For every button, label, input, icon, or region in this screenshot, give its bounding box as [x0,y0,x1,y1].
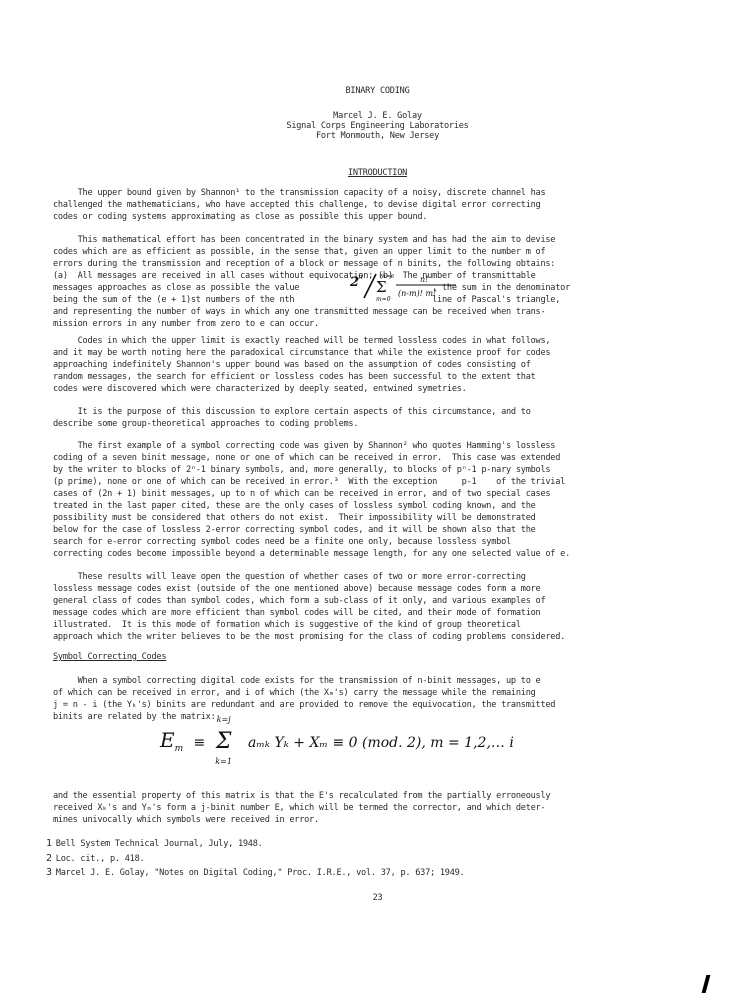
paragraph-line: random messages, the search for efficien… [53,371,693,383]
svg-text:(n-m)! m!: (n-m)! m! [398,289,436,298]
equation-body: aₘₖ Yₖ + Xₘ ≡ 0 (mod. 2), m = 1,2,… i [248,735,514,751]
footnote-text: Marcel J. E. Golay, "Notes on Digital Co… [56,868,465,878]
paragraph-line: When a symbol correcting digital code ex… [53,675,693,687]
footnote-3: 3Marcel J. E. Golay, "Notes on Digital C… [46,867,464,879]
paragraph-line: and the essential property of this matri… [53,790,693,802]
paragraph-line: mission errors in any number from zero t… [53,318,693,330]
paragraph-line: (p prime), none or one of which can be r… [53,476,693,488]
summation: k=j Σ k=1 [212,729,236,754]
paragraph-line: codes which are as efficient as possible… [53,246,693,258]
paragraph-line: general class of codes than symbol codes… [53,595,693,607]
paragraph-line: message codes which are more efficient t… [53,607,693,619]
footnote-number: 3 [46,867,52,878]
paragraph-line: j = n - i (the Yₖ's) binits are redundan… [53,699,693,711]
paragraph-line: binits are related by the matrix: [53,711,693,723]
paragraph-4: It is the purpose of this discussion to … [53,406,693,430]
footnote-text: Bell System Technical Journal, July, 194… [56,839,263,849]
section-heading-introduction: INTRODUCTION [0,168,755,178]
paragraph-line: of which can be received in error, and i… [53,687,693,699]
paragraph-line: describe some group-theoretical approach… [53,418,693,430]
paragraph-line: cases of (2n + 1) binit messages, up to … [53,488,693,500]
paragraph-line: Codes in which the upper limit is exactl… [53,335,693,347]
paragraph-line: approaching indefinitely Shannon's upper… [53,359,693,371]
author-location: Fort Monmouth, New Jersey [0,131,755,141]
paragraph-line: lossless message codes exist (outside of… [53,583,693,595]
scan-mark [702,975,711,993]
svg-text:Σ: Σ [376,278,387,296]
paragraph-line: correcting codes become impossible beyon… [53,548,693,560]
paragraph-line: search for e-error correcting symbol cod… [53,536,693,548]
sum-lower-limit: k=1 [212,757,236,766]
paragraph-line: challenged the mathematicians, who have … [53,199,693,211]
paragraph-line: illustrated. It is this mode of formatio… [53,619,693,631]
page-number: 23 [0,893,755,903]
footnote-text: Loc. cit., p. 418. [56,854,145,864]
document-page: BINARY CODING Marcel J. E. Golay Signal … [0,0,755,1000]
footnote-number: 1 [46,838,52,849]
paragraph-line: possibility must be considered that othe… [53,512,693,524]
paragraph-line: mines univocally which symbols were rece… [53,814,693,826]
paragraph-line: and it may be worth noting here the para… [53,347,693,359]
sum-upper-limit: k=j [212,715,236,724]
paragraph-line: This mathematical effort has been concen… [53,234,693,246]
author-name: Marcel J. E. Golay [0,111,755,121]
paragraph-line: received Xₖ's and Yₘ's form a j-binit nu… [53,802,693,814]
svg-text:n: n [358,273,363,281]
paragraph-line: These results will leave open the questi… [53,571,693,583]
paragraph-line: The first example of a symbol correcting… [53,440,693,452]
paragraph-line: The upper bound given by Shannon¹ to the… [53,187,693,199]
author-affiliation: Signal Corps Engineering Laboratories [0,121,755,131]
paragraph-5: The first example of a symbol correcting… [53,440,693,560]
equation-lhs-subscript: m [175,744,184,754]
subsection-after: and the essential property of this matri… [53,790,693,826]
pascal-sum-formula: 2 n Σ m=e m=0 n! (n-m)! m! [350,270,485,304]
paragraph-3: Codes in which the upper limit is exactl… [53,335,693,395]
paragraph-line: and representing the number of ways in w… [53,306,693,318]
paragraph-line: by the writer to blocks of 2ⁿ-1 binary s… [53,464,693,476]
equation-lhs: E [160,728,175,752]
paragraph-line: codes or coding systems approximating as… [53,211,693,223]
subsection-intro: When a symbol correcting digital code ex… [53,675,693,723]
paragraph-line: coding of a seven binit message, none or… [53,452,693,464]
paragraph-line: codes were discovered which were charact… [53,383,693,395]
equation-relation: ≡ [194,735,206,751]
subsection-heading: Symbol Correcting Codes [53,652,166,662]
footnote-2: 2Loc. cit., p. 418. [46,853,144,865]
svg-text:m=e: m=e [380,273,395,280]
paragraph-1: The upper bound given by Shannon¹ to the… [53,187,693,223]
paragraph-line: approach which the writer believes to be… [53,631,693,643]
paragraph-line: errors during the transmission and recep… [53,258,693,270]
svg-text:m=0: m=0 [376,296,391,303]
footnote-1: 1Bell System Technical Journal, July, 19… [46,838,263,850]
paragraph-6: These results will leave open the questi… [53,571,693,643]
paragraph-line: It is the purpose of this discussion to … [53,406,693,418]
footnote-number: 2 [46,853,52,864]
paragraph-line: treated in the last paper cited, these a… [53,500,693,512]
paragraph-line: below for the case of lossless 2-error c… [53,524,693,536]
svg-text:n!: n! [420,275,428,284]
document-title: BINARY CODING [0,86,755,96]
matrix-equation: Em ≡ k=j Σ k=1 aₘₖ Yₖ + Xₘ ≡ 0 (mod. 2),… [160,728,514,754]
